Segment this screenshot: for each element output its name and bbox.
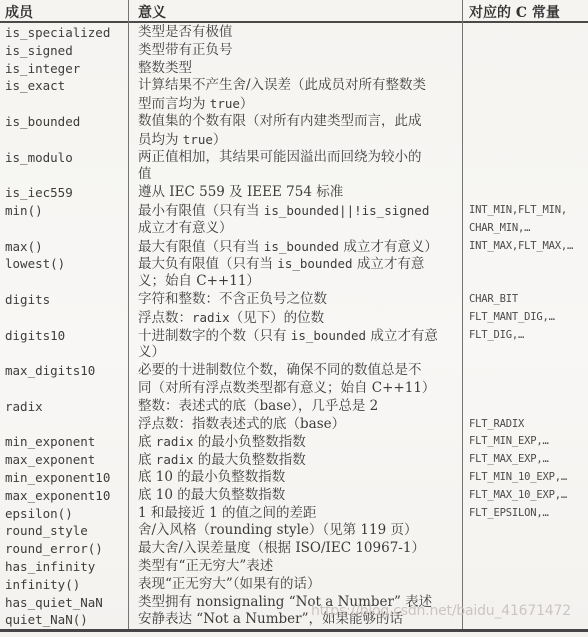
text: ） [240, 96, 254, 112]
constant-line: FLT_DIG,… [469, 327, 588, 345]
constant-line: FLT_MANT_DIG,… [469, 309, 588, 327]
text: ） [213, 132, 227, 148]
text: 1 和最接近 1 的值之间的差距 [138, 505, 317, 521]
meaning-cell: 底 10 的最小负整数指数 [128, 469, 462, 487]
constants-cell: FLT_MIN_10_EXP,… [462, 469, 588, 487]
constant-line: FLT_MIN_10_EXP,… [469, 469, 588, 487]
constants-cell: FLT_MIN_EXP,… [462, 433, 588, 451]
text: 舍/入风格（rounding style）（见第 119 页） [138, 522, 418, 538]
member-cell: radix [0, 398, 128, 434]
meaning-line: 最大舍/入误差量度（根据 ISO/IEC 10967-1） [138, 540, 462, 558]
meaning-cell: 整数：表述式的底（base），几乎总是 2浮点数：指数表述式的底（base） [128, 398, 462, 434]
member-cell: min_exponent10 [0, 469, 128, 487]
table-header-row: 成员 意义 对应的 C 常量 [0, 0, 588, 23]
code-text: radix [156, 452, 194, 467]
text: 浮点数：指数表述式的底（base） [138, 416, 345, 432]
table-row: max()最大有限值（只有当 is_bounded 成立才有意义）INT_MAX… [0, 238, 588, 256]
meaning-line: 同（对所有浮点数类型都有意义；始自 C++11） [138, 380, 462, 398]
meaning-line: 舍/入风格（rounding style）（见第 119 页） [138, 522, 462, 540]
text: 遵从 IEC 559 及 IEEE 754 标准 [138, 184, 343, 200]
member-cell: has_infinity [0, 558, 128, 576]
text: 类型有“正无穷大”表述 [138, 558, 273, 574]
constants-cell [462, 24, 588, 42]
member-cell: quiet_NaN() [0, 611, 128, 629]
meaning-cell: 类型是否有极值 [128, 24, 462, 42]
table-row: min_exponent10底 10 的最小负整数指数FLT_MIN_10_EX… [0, 469, 588, 487]
member-cell: max_digits10 [0, 362, 128, 398]
constants-cell: FLT_RADIX [462, 398, 588, 434]
table-row: is_signed类型带有正负号 [0, 42, 588, 60]
meaning-cell: 1 和最接近 1 的值之间的差距 [128, 505, 462, 523]
member-cell: round_error() [0, 540, 128, 558]
constant-line: INT_MAX,FLT_MAX,… [469, 238, 588, 256]
text: 计算结果不产生舍/入误差（此成员对所有整数类 [138, 77, 426, 93]
text: 必要的十进制数位个数，确保不同的数值总是不 [138, 362, 422, 378]
meaning-cell: 最大有限值（只有当 is_bounded 成立才有意义） [128, 238, 462, 256]
text: 最大舍/入误差量度（根据 ISO/IEC 10967-1） [138, 540, 425, 556]
text: 浮点数： [138, 310, 192, 326]
meaning-cell: 底 radix 的最小负整数指数 [128, 433, 462, 451]
text: 数值集的个数有限（对所有内建类型而言，此成 [138, 113, 422, 129]
meaning-line: 两正值相加，其结果可能因溢出而回绕为较小的 [138, 149, 462, 167]
member-cell: max() [0, 238, 128, 256]
constants-cell: INT_MIN,FLT_MIN,CHAR_MIN,… [462, 202, 588, 238]
constant-line: INT_MIN,FLT_MIN, [469, 202, 588, 220]
text: 类型带有正负号 [138, 42, 233, 58]
meaning-line: 类型有“正无穷大”表述 [138, 558, 462, 576]
meaning-cell: 字符和整数：不含正负号之位数浮点数：radix（见下）的位数 [128, 291, 462, 327]
text: 成立才有意义） [339, 239, 438, 255]
text: 型而言均为 [138, 96, 210, 112]
constant-line: FLT_MAX_10_EXP,… [469, 487, 588, 505]
constants-cell [462, 77, 588, 113]
code-text: is_bounded [277, 256, 352, 271]
text: 整数：表述式的底（base），几乎总是 2 [138, 398, 378, 414]
meaning-cell: 计算结果不产生舍/入误差（此成员对所有整数类型而言均为 true） [128, 77, 462, 113]
code-text: true [210, 96, 240, 111]
meaning-cell: 类型有“正无穷大”表述 [128, 558, 462, 576]
text: 最小有限值（只有当 [138, 203, 264, 219]
constants-cell [462, 60, 588, 78]
meaning-cell: 最大负有限值（只有当 is_bounded 成立才有意义；始自 C++11） [128, 255, 462, 291]
code-text: is_bounded [291, 328, 366, 343]
table-row: is_bounded数值集的个数有限（对所有内建类型而言，此成员均为 true） [0, 113, 588, 149]
text: 员均为 [138, 132, 183, 148]
text: 义；始自 C++11） [138, 273, 260, 289]
member-cell: digits10 [0, 327, 128, 363]
constants-cell [462, 184, 588, 202]
code-text: radix [156, 434, 194, 449]
text: 成立才有意 [353, 256, 425, 272]
meaning-line: 计算结果不产生舍/入误差（此成员对所有整数类 [138, 77, 462, 95]
csdn-watermark: https://blog.csdn.net/baidu_41671472 [311, 603, 571, 619]
meaning-line: 1 和最接近 1 的值之间的差距 [138, 505, 462, 523]
text: 成立才有意义） [138, 220, 233, 236]
constants-cell [462, 576, 588, 594]
constants-cell [462, 558, 588, 576]
table-body: is_specialized类型是否有极值is_signed类型带有正负号is_… [0, 24, 588, 629]
text: 类型是否有极值 [138, 24, 233, 40]
meaning-line: 类型带有正负号 [138, 42, 462, 60]
meaning-line: 字符和整数：不含正负号之位数 [138, 291, 462, 309]
member-cell: min_exponent [0, 433, 128, 451]
table-row: epsilon()1 和最接近 1 的值之间的差距FLT_EPSILON,… [0, 505, 588, 523]
meaning-cell: 舍/入风格（rounding style）（见第 119 页） [128, 522, 462, 540]
meaning-cell: 底 radix 的最大负整数指数 [128, 451, 462, 469]
meaning-line: 最大负有限值（只有当 is_bounded 成立才有意 [138, 255, 462, 273]
text: 十进制数字的个数（只有 [138, 328, 291, 344]
text: 字符和整数：不含正负号之位数 [138, 291, 327, 307]
table-row: round_style舍/入风格（rounding style）（见第 119 … [0, 522, 588, 540]
constant-line [469, 398, 588, 416]
table-row: radix整数：表述式的底（base），几乎总是 2浮点数：指数表述式的底（ba… [0, 398, 588, 434]
text: 同（对所有浮点数类型都有意义；始自 C++11） [138, 380, 435, 396]
text: 成立才有意 [366, 328, 438, 344]
text: 底 [138, 434, 156, 450]
table-row: min()最小有限值（只有当 is_bounded||!is_signed成立才… [0, 202, 588, 238]
code-text: is_bounded||!is_signed [264, 203, 430, 218]
member-cell: is_iec559 [0, 184, 128, 202]
member-cell: is_integer [0, 60, 128, 78]
member-cell: is_modulo [0, 149, 128, 185]
meaning-line: 成立才有意义） [138, 220, 462, 238]
meaning-line: 底 radix 的最小负整数指数 [138, 433, 462, 451]
constant-line: CHAR_MIN,… [469, 220, 588, 238]
meaning-cell: 遵从 IEC 559 及 IEEE 754 标准 [128, 184, 462, 202]
constants-cell: FLT_DIG,… [462, 327, 588, 363]
meaning-cell: 必要的十进制数位个数，确保不同的数值总是不同（对所有浮点数类型都有意义；始自 C… [128, 362, 462, 398]
meaning-cell: 数值集的个数有限（对所有内建类型而言，此成员均为 true） [128, 113, 462, 149]
member-cell: is_bounded [0, 113, 128, 149]
meaning-line: 必要的十进制数位个数，确保不同的数值总是不 [138, 362, 462, 380]
text: 的最大负整数指数 [193, 452, 305, 468]
meaning-cell: 最小有限值（只有当 is_bounded||!is_signed成立才有意义） [128, 202, 462, 238]
table-row: round_error()最大舍/入误差量度（根据 ISO/IEC 10967-… [0, 540, 588, 558]
table-bottom-line [0, 629, 588, 632]
text: 值 [138, 166, 152, 182]
meaning-line: 浮点数：radix（见下）的位数 [138, 309, 462, 327]
code-text: is_bounded [264, 239, 339, 254]
text: （见下）的位数 [230, 310, 325, 326]
text: 最大有限值（只有当 [138, 239, 264, 255]
table-row: is_modulo两正值相加，其结果可能因溢出而回绕为较小的值 [0, 149, 588, 185]
meaning-line: 类型是否有极值 [138, 24, 462, 42]
code-text: true [183, 132, 213, 147]
meaning-line: 整数类型 [138, 60, 462, 78]
member-cell: max_exponent [0, 451, 128, 469]
constant-line: FLT_MIN_EXP,… [469, 433, 588, 451]
member-cell: max_exponent10 [0, 487, 128, 505]
constants-cell: FLT_EPSILON,… [462, 505, 588, 523]
meaning-line: 十进制数字的个数（只有 is_bounded 成立才有意 [138, 327, 462, 345]
table-row: max_exponent10底 10 的最大负整数指数FLT_MAX_10_EX… [0, 487, 588, 505]
meaning-line: 义） [138, 344, 462, 362]
member-cell: min() [0, 202, 128, 238]
table-row: max_exponent底 radix 的最大负整数指数FLT_MAX_EXP,… [0, 451, 588, 469]
meaning-line: 最大有限值（只有当 is_bounded 成立才有意义） [138, 238, 462, 256]
meaning-line: 义；始自 C++11） [138, 273, 462, 291]
meaning-cell: 两正值相加，其结果可能因溢出而回绕为较小的值 [128, 149, 462, 185]
text: 整数类型 [138, 60, 192, 76]
text: 表现“正无穷大”（如果有的话） [138, 576, 321, 592]
header-c-constants: 对应的 C 常量 [462, 2, 588, 22]
meaning-cell: 表现“正无穷大”（如果有的话） [128, 576, 462, 594]
table-row: min_exponent底 radix 的最小负整数指数FLT_MIN_EXP,… [0, 433, 588, 451]
scanned-book-page: 成员 意义 对应的 C 常量 is_specialized类型是否有极值is_s… [0, 0, 588, 637]
constants-cell: INT_MAX,FLT_MAX,… [462, 238, 588, 256]
meaning-line: 底 10 的最小负整数指数 [138, 469, 462, 487]
meaning-line: 型而言均为 true） [138, 95, 462, 113]
constants-cell [462, 540, 588, 558]
table-row: digits10十进制数字的个数（只有 is_bounded 成立才有意义）FL… [0, 327, 588, 363]
code-text: radix [192, 310, 230, 325]
constants-cell: FLT_MAX_EXP,… [462, 451, 588, 469]
table-row: is_iec559遵从 IEC 559 及 IEEE 754 标准 [0, 184, 588, 202]
constants-cell [462, 149, 588, 185]
constants-cell: FLT_MAX_10_EXP,… [462, 487, 588, 505]
member-cell: epsilon() [0, 505, 128, 523]
text: 的最小负整数指数 [193, 434, 305, 450]
constants-cell [462, 362, 588, 398]
meaning-line: 员均为 true） [138, 131, 462, 149]
meaning-line: 底 radix 的最大负整数指数 [138, 451, 462, 469]
constants-cell [462, 255, 588, 291]
table-row: is_integer整数类型 [0, 60, 588, 78]
member-cell: digits [0, 291, 128, 327]
constant-line: CHAR_BIT [469, 291, 588, 309]
constant-line: FLT_RADIX [469, 416, 588, 434]
meaning-line: 底 10 的最大负整数指数 [138, 487, 462, 505]
text: 义） [138, 344, 165, 360]
constants-cell [462, 113, 588, 149]
header-meaning: 意义 [128, 2, 462, 22]
meaning-line: 数值集的个数有限（对所有内建类型而言，此成 [138, 113, 462, 131]
table-row: is_exact计算结果不产生舍/入误差（此成员对所有整数类型而言均为 true… [0, 77, 588, 113]
text: 两正值相加，其结果可能因溢出而回绕为较小的 [138, 149, 422, 165]
table-row: is_specialized类型是否有极值 [0, 24, 588, 42]
member-cell: round_style [0, 522, 128, 540]
meaning-line: 表现“正无穷大”（如果有的话） [138, 576, 462, 594]
text: 底 [138, 452, 156, 468]
meaning-line: 遵从 IEC 559 及 IEEE 754 标准 [138, 184, 462, 202]
constant-line: FLT_MAX_EXP,… [469, 451, 588, 469]
text: 底 10 的最大负整数指数 [138, 487, 285, 503]
text: 最大负有限值（只有当 [138, 256, 277, 272]
constants-cell [462, 522, 588, 540]
table-row: max_digits10必要的十进制数位个数，确保不同的数值总是不同（对所有浮点… [0, 362, 588, 398]
meaning-line: 浮点数：指数表述式的底（base） [138, 416, 462, 434]
meaning-line: 最小有限值（只有当 is_bounded||!is_signed [138, 202, 462, 220]
member-cell: is_exact [0, 77, 128, 113]
table-row: digits字符和整数：不含正负号之位数浮点数：radix（见下）的位数CHAR… [0, 291, 588, 327]
meaning-cell: 整数类型 [128, 60, 462, 78]
meaning-line: 整数：表述式的底（base），几乎总是 2 [138, 398, 462, 416]
member-cell: lowest() [0, 255, 128, 291]
text: 底 10 的最小负整数指数 [138, 469, 285, 485]
meaning-cell: 底 10 的最大负整数指数 [128, 487, 462, 505]
member-cell: has_quiet_NaN [0, 594, 128, 612]
constants-cell [462, 42, 588, 60]
member-cell: is_signed [0, 42, 128, 60]
header-member: 成员 [0, 2, 128, 22]
header-divider-line [0, 21, 588, 23]
meaning-cell: 最大舍/入误差量度（根据 ISO/IEC 10967-1） [128, 540, 462, 558]
constants-cell: CHAR_BITFLT_MANT_DIG,… [462, 291, 588, 327]
meaning-cell: 类型带有正负号 [128, 42, 462, 60]
meaning-line: 值 [138, 166, 462, 184]
member-cell: is_specialized [0, 24, 128, 42]
meaning-cell: 十进制数字的个数（只有 is_bounded 成立才有意义） [128, 327, 462, 363]
table-row: has_infinity类型有“正无穷大”表述 [0, 558, 588, 576]
table-row: lowest()最大负有限值（只有当 is_bounded 成立才有意义；始自 … [0, 255, 588, 291]
table-row: infinity()表现“正无穷大”（如果有的话） [0, 576, 588, 594]
constant-line: FLT_EPSILON,… [469, 505, 588, 523]
member-cell: infinity() [0, 576, 128, 594]
